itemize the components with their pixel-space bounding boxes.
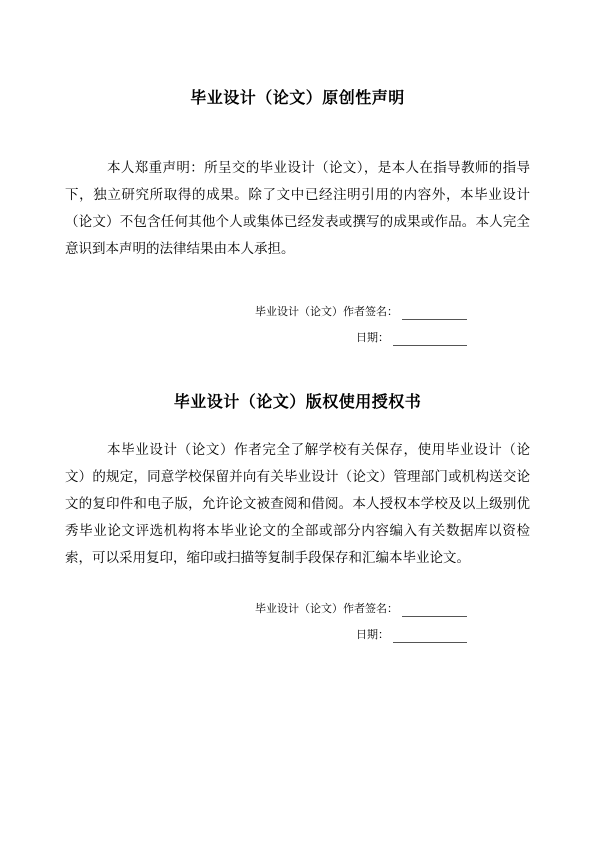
originality-declaration-title: 毕业设计（论文）原创性声明 bbox=[0, 88, 595, 110]
authorization-signature-blank-line bbox=[402, 602, 467, 617]
declaration-signature-row: 毕业设计（论文）作者签名： bbox=[255, 294, 467, 320]
document-page: 毕业设计（论文）原创性声明 本人郑重声明：所呈交的毕业设计（论文），是本人在指导… bbox=[0, 0, 595, 842]
authorization-date-row: 日期： bbox=[255, 617, 467, 643]
declaration-date-row: 日期： bbox=[255, 320, 467, 346]
originality-declaration-body: 本人郑重声明：所呈交的毕业设计（论文），是本人在指导教师的指导下，独立研究所取得… bbox=[65, 154, 530, 262]
authorization-signature-label: 毕业设计（论文）作者签名： bbox=[255, 602, 398, 617]
declaration-date-label: 日期： bbox=[356, 331, 389, 346]
copyright-authorization-title: 毕业设计（论文）版权使用授权书 bbox=[0, 392, 595, 414]
declaration-signature-blank-line bbox=[402, 305, 467, 320]
authorization-date-label: 日期： bbox=[356, 628, 389, 643]
authorization-date-blank-line bbox=[393, 628, 467, 643]
authorization-signature-block: 毕业设计（论文）作者签名： 日期： bbox=[255, 591, 467, 643]
declaration-signature-label: 毕业设计（论文）作者签名： bbox=[255, 305, 398, 320]
declaration-signature-block: 毕业设计（论文）作者签名： 日期： bbox=[255, 294, 467, 346]
authorization-signature-row: 毕业设计（论文）作者签名： bbox=[255, 591, 467, 617]
copyright-authorization-body: 本毕业设计（论文）作者完全了解学校有关保存，使用毕业设计（论文）的规定，同意学校… bbox=[65, 436, 530, 571]
declaration-date-blank-line bbox=[393, 331, 467, 346]
